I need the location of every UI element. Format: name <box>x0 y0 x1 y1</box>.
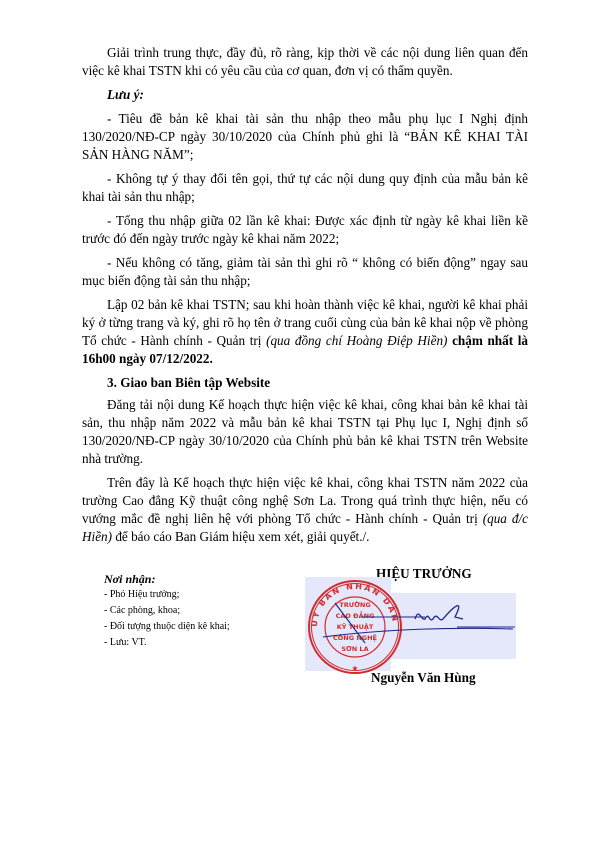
paragraph-submission: Lập 02 bản kê khai TSTN; sau khi hoàn th… <box>82 296 528 368</box>
paragraph-website: Đăng tải nội dung Kế hoạch thực hiện việ… <box>82 396 528 468</box>
signer-name: Nguyễn Văn Hùng <box>371 670 476 686</box>
document-page: Giải trình trung thực, đầy đủ, rõ ràng, … <box>0 0 592 841</box>
note-item-1: - Tiêu đề bản kê khai tài sản thu nhập t… <box>82 110 528 164</box>
note-title: Lưu ý: <box>82 86 528 104</box>
section-3-title: 3. Giao ban Biên tập Website <box>82 374 528 392</box>
recipient-item: - Lưu: VT. <box>104 635 284 651</box>
recipient-item: - Các phòng, khoa; <box>104 603 284 619</box>
note-item-3: - Tổng thu nhập giữa 02 lần kê khai: Đượ… <box>82 212 528 248</box>
recipient-item: - Phó Hiệu trưởng; <box>104 587 284 603</box>
note-item-4: - Nếu không có tăng, giảm tài sản thì gh… <box>82 254 528 290</box>
document-body: Giải trình trung thực, đầy đủ, rõ ràng, … <box>82 44 528 552</box>
svg-text:CÔNG NGHỆ: CÔNG NGHỆ <box>333 633 377 642</box>
recipients-block: Nơi nhận: - Phó Hiệu trưởng; - Các phòng… <box>104 572 284 651</box>
closing-end: để báo cáo Ban Giám hiệu xem xét, giải q… <box>112 529 369 544</box>
note-item-2: - Không tự ý thay đổi tên gọi, thứ tự cá… <box>82 170 528 206</box>
submission-contact: (qua đồng chí Hoàng Điệp Hiền) <box>266 333 447 348</box>
svg-text:SƠN LA: SƠN LA <box>341 645 368 653</box>
paragraph-closing: Trên đây là Kế hoạch thực hiện việc kê k… <box>82 474 528 546</box>
official-stamp-icon: UỶ BAN NHÂN DÂN TỈNH SƠN LA TRƯỜNGCAO ĐẲ… <box>305 577 525 677</box>
svg-text:★: ★ <box>351 664 358 673</box>
svg-text:TRƯỜNG: TRƯỜNG <box>339 600 370 609</box>
paragraph-explanation: Giải trình trung thực, đầy đủ, rõ ràng, … <box>82 44 528 80</box>
closing-text: Trên đây là Kế hoạch thực hiện việc kê k… <box>82 475 528 526</box>
recipients-title: Nơi nhận: <box>104 572 284 587</box>
recipient-item: - Đối tượng thuộc diện kê khai; <box>104 619 284 635</box>
